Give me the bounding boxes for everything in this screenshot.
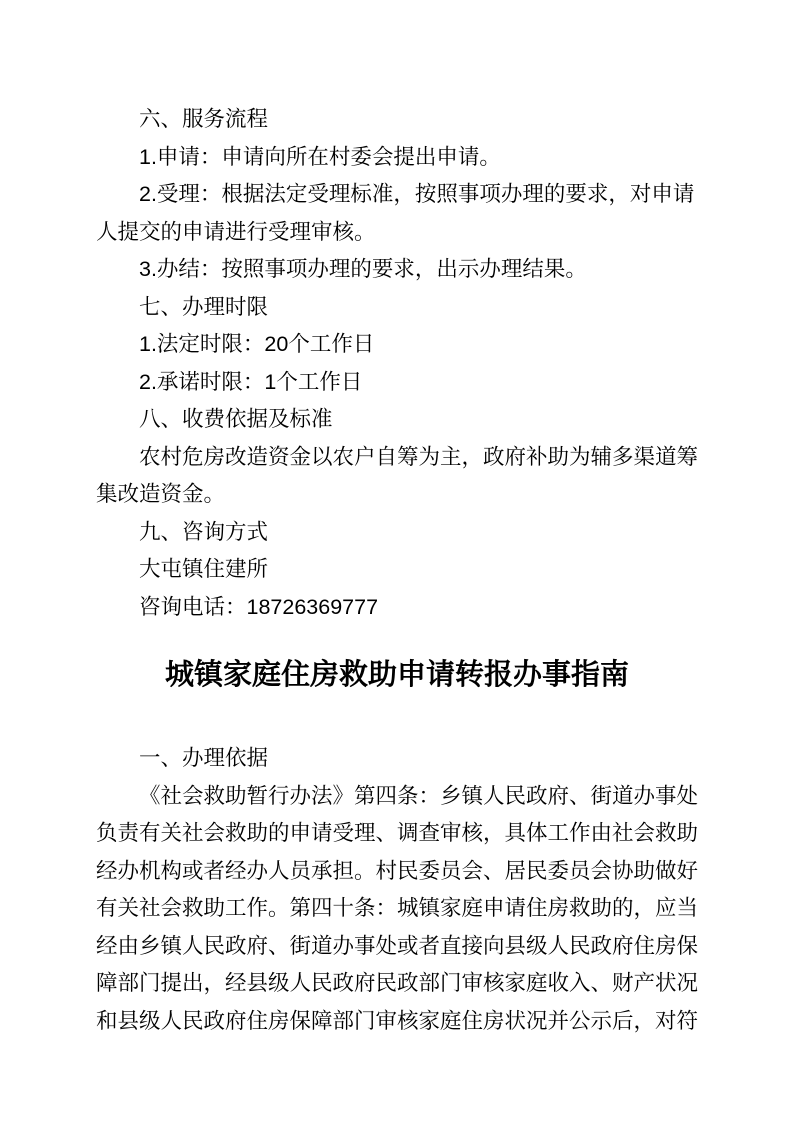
fee-paragraph-line-2: 集改造资金。 [96, 476, 698, 514]
consultation-phone: 咨询电话：18726369777 [96, 589, 698, 627]
heading-handling-basis: 一、办理依据 [96, 740, 698, 778]
basis-paragraph-line-5: 经由乡镇人民政府、街道办事处或者直接向县级人民政府住房保 [96, 928, 698, 966]
basis-paragraph-line-3: 经办机构或者经办人员承担。村民委员会、居民委员会协助做好 [96, 853, 698, 891]
basis-paragraph-line-1: 《社会救助暂行办法》第四条：乡镇人民政府、街道办事处 [96, 778, 698, 816]
basis-paragraph-line-4: 有关社会救助工作。第四十条：城镇家庭申请住房救助的，应当 [96, 890, 698, 928]
heading-fee-basis: 八、收费依据及标准 [96, 401, 698, 439]
promised-time-limit: 2.承诺时限：1个工作日 [96, 364, 698, 402]
basis-paragraph-line-6: 障部门提出，经县级人民政府民政部门审核家庭收入、财产状况 [96, 965, 698, 1003]
heading-consultation: 九、咨询方式 [96, 514, 698, 552]
fee-paragraph-line-1: 农村危房改造资金以农户自筹为主，政府补助为辅多渠道筹 [96, 439, 698, 477]
document-title: 城镇家庭住房救助申请转报办事指南 [96, 652, 698, 698]
step-accept-line-2: 人提交的申请进行受理审核。 [96, 214, 698, 252]
step-accept-line-1: 2.受理：根据法定受理标准，按照事项办理的要求，对申请 [96, 176, 698, 214]
basis-paragraph-line-2: 负责有关社会救助的申请受理、调查审核，具体工作由社会救助 [96, 815, 698, 853]
heading-time-limit: 七、办理时限 [96, 289, 698, 327]
document-page: 六、服务流程 1.申请：申请向所在村委会提出申请。 2.受理：根据法定受理标准，… [0, 0, 793, 1122]
statutory-time-limit: 1.法定时限：20个工作日 [96, 326, 698, 364]
consultation-office: 大屯镇住建所 [96, 551, 698, 589]
step-complete: 3.办结：按照事项办理的要求，出示办理结果。 [96, 251, 698, 289]
step-apply: 1.申请：申请向所在村委会提出申请。 [96, 139, 698, 177]
heading-service-process: 六、服务流程 [96, 101, 698, 139]
basis-paragraph-line-7: 和县级人民政府住房保障部门审核家庭住房状况并公示后，对符 [96, 1003, 698, 1041]
